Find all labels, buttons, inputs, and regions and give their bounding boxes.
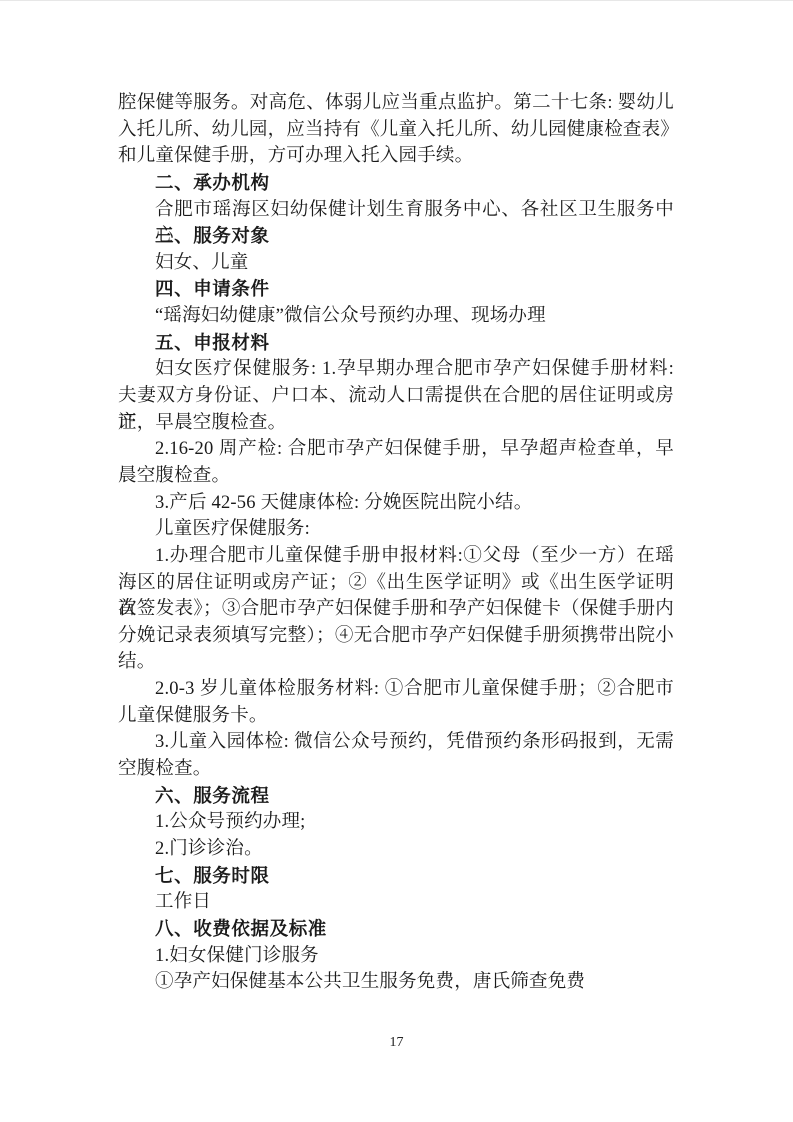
text-line: 夫妻双方身份证、户口本、流动人口需提供在合肥的居住证明或房产 <box>118 383 674 410</box>
section-heading: 六、服务流程 <box>118 783 674 810</box>
section-heading: 三、服务对象 <box>118 223 674 250</box>
text-line: 入托儿所、幼儿园，应当持有《儿童入托儿所、幼儿园健康检查表》 <box>118 117 674 144</box>
text-line: 工作日 <box>118 889 674 916</box>
section-heading: 七、服务时限 <box>118 863 674 890</box>
text-line: 3.产后 42-56 天健康体检: 分娩医院出院小结。 <box>118 490 674 517</box>
text-line: ①孕产妇保健基本公共卫生服务免费，唐氏筛查免费 <box>118 969 674 996</box>
text-line: 空腹检查。 <box>118 756 674 783</box>
text-line: 证，早晨空腹检查。 <box>118 410 674 437</box>
text-line: 分娩记录表须填写完整）；④无合肥市孕产妇保健手册须携带出院小 <box>118 623 674 650</box>
text-line: 腔保健等服务。对高危、体弱儿应当重点监护。第二十七条: 婴幼儿 <box>118 90 674 117</box>
text-line: 1.办理合肥市儿童保健手册申报材料:①父母（至少一方）在瑶 <box>118 543 674 570</box>
text-line: 合肥市瑶海区妇幼保健计划生育服务中心、各社区卫生服务中心 <box>118 197 674 224</box>
document-page: 腔保健等服务。对高危、体弱儿应当重点监护。第二十七条: 婴幼儿入托儿所、幼儿园，… <box>0 0 793 1122</box>
section-heading: 五、申报材料 <box>118 330 674 357</box>
text-line: 2.16-20 周产检: 合肥市孕产妇保健手册，早孕超声检查单，早 <box>118 436 674 463</box>
text-line: 晨空腹检查。 <box>118 463 674 490</box>
text-line: 2.门诊诊治。 <box>118 836 674 863</box>
text-line: 3.儿童入园体检: 微信公众号预约，凭借预约条形码报到，无需 <box>118 729 674 756</box>
text-line: 妇女、儿童 <box>118 250 674 277</box>
document-body: 腔保健等服务。对高危、体弱儿应当重点监护。第二十七条: 婴幼儿入托儿所、幼儿园，… <box>118 90 674 996</box>
text-line: 2.0-3 岁儿童体检服务材料: ①合肥市儿童保健手册；②合肥市 <box>118 676 674 703</box>
text-line: 结。 <box>118 649 674 676</box>
section-heading: 二、承办机构 <box>118 170 674 197</box>
text-line: 1.妇女保健门诊服务 <box>118 943 674 970</box>
page-number: 17 <box>0 1035 793 1051</box>
text-line: “瑶海妇幼健康”微信公众号预约办理、现场办理 <box>118 303 674 330</box>
text-line: 儿童保健服务卡。 <box>118 703 674 730</box>
text-line: 妇女医疗保健服务: 1.孕早期办理合肥市孕产妇保健手册材料: <box>118 356 674 383</box>
section-heading: 八、收费依据及标准 <box>118 916 674 943</box>
text-line: 儿童医疗保健服务: <box>118 516 674 543</box>
section-heading: 四、申请条件 <box>118 276 674 303</box>
text-line: 和儿童保健手册，方可办理入托入园手续。 <box>118 143 674 170</box>
text-line: 海区的居住证明或房产证；②《出生医学证明》或《出生医学证明首 <box>118 570 674 597</box>
text-line: 次签发表》；③合肥市孕产妇保健手册和孕产妇保健卡（保健手册内 <box>118 596 674 623</box>
text-line: 1.公众号预约办理; <box>118 809 674 836</box>
